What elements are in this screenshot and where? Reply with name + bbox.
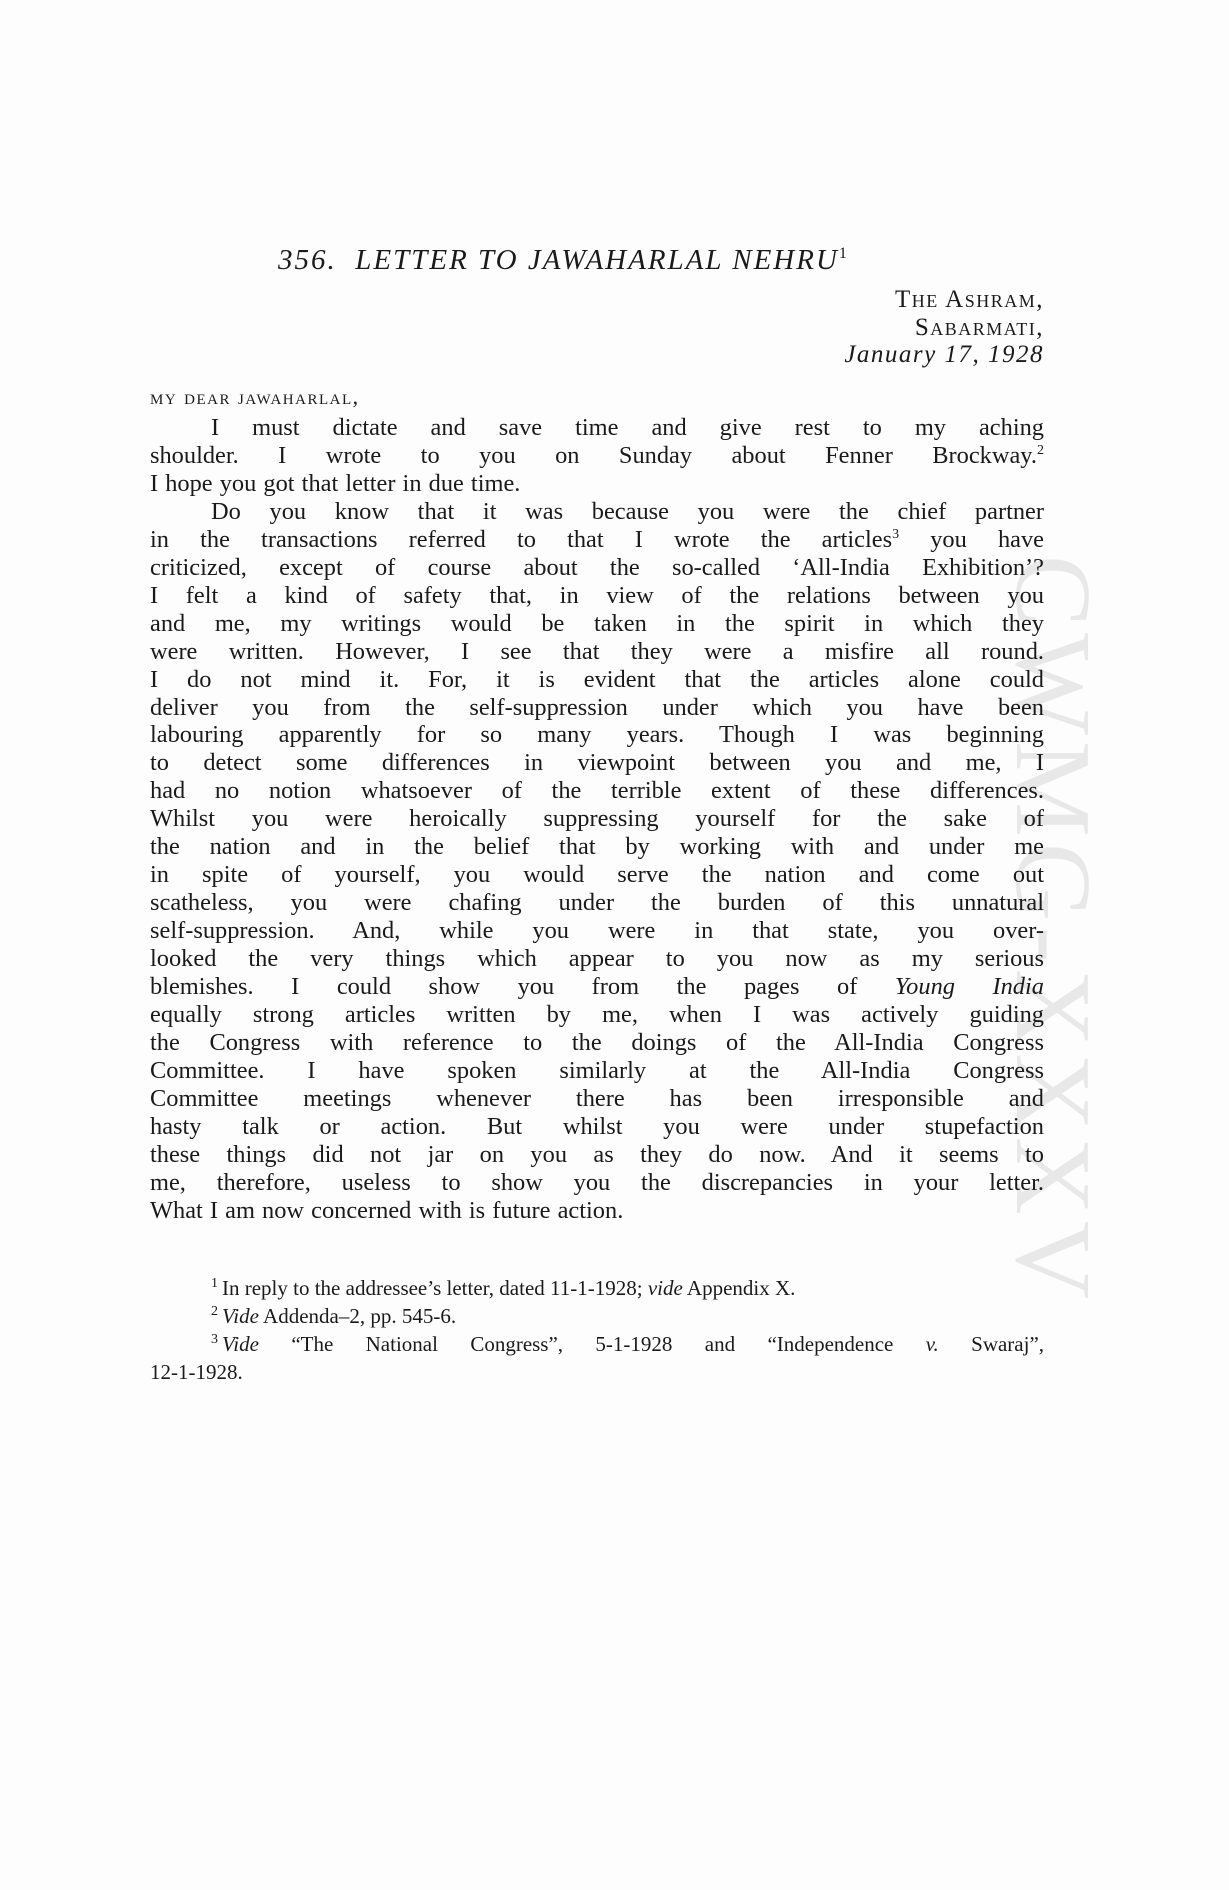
text-line: the Congress with reference to the doing…: [150, 1029, 1044, 1057]
text-line: looked the very things which appear to y…: [150, 945, 1044, 973]
text-line: Whilst you were heroically suppressing y…: [150, 805, 1044, 833]
text-line: scatheless, you were chafing under the b…: [150, 889, 1044, 917]
text-line: shoulder. I wrote to you on Sunday about…: [150, 442, 1044, 470]
text-line: the nation and in the belief that by wor…: [150, 833, 1044, 861]
text-line: equally strong articles written by me, w…: [150, 1001, 1044, 1029]
publication-title: Young India: [895, 973, 1044, 1000]
text-line: in the transactions referred to that I w…: [150, 526, 1044, 554]
sender-address: The Ashram, Sabarmati, January 17, 1928: [844, 286, 1044, 369]
text-line: I hope you got that letter in due time.: [150, 470, 1044, 498]
text-line: labouring apparently for so many years. …: [150, 721, 1044, 749]
text-line: Committee. I have spoken similarly at th…: [150, 1057, 1044, 1085]
text-line: Do you know that it was because you were…: [150, 498, 1044, 526]
text-line: and me, my writings would be taken in th…: [150, 610, 1044, 638]
text-line: had no notion whatsoever of the terrible…: [150, 777, 1044, 805]
footnote-3: 3Vide “The National Congress”, 5-1-1928 …: [150, 1330, 1044, 1386]
footnote-2: 2Vide Addenda–2, pp. 545-6.: [150, 1302, 1044, 1330]
text-line: criticized, except of course about the s…: [150, 554, 1044, 582]
footnote-ref[interactable]: 1: [839, 245, 847, 262]
text-line: I must dictate and save time and give re…: [150, 414, 1044, 442]
text-line: Committee meetings whenever there has be…: [150, 1085, 1044, 1113]
footnote-1: 1In reply to the addressee’s letter, dat…: [150, 1274, 1044, 1302]
salutation: MY DEAR JAWAHARLAL,: [150, 384, 360, 410]
page-title: 356. LETTER TO JAWAHARLAL NEHRU1: [278, 244, 847, 277]
letter-body: I must dictate and save time and give re…: [150, 414, 1044, 1225]
text-line: were written. However, I see that they w…: [150, 638, 1044, 666]
footnote-ref[interactable]: 2: [1037, 443, 1044, 458]
text-line: hasty talk or action. But whilst you wer…: [150, 1113, 1044, 1141]
text-line: I felt a kind of safety that, in view of…: [150, 582, 1044, 610]
text-line: I do not mind it. For, it is evident tha…: [150, 666, 1044, 694]
paragraph-2: Do you know that it was because you were…: [150, 498, 1044, 1225]
letter-title: LETTER TO JAWAHARLAL NEHRU: [355, 244, 839, 276]
text-line: What I am now concerned with is future a…: [150, 1197, 1044, 1225]
text-line: deliver you from the self-suppression un…: [150, 694, 1044, 722]
text-line: in spite of yourself, you would serve th…: [150, 861, 1044, 889]
text-line: blemishes. I could show you from the pag…: [150, 973, 1044, 1001]
paragraph-1: I must dictate and save time and give re…: [150, 414, 1044, 498]
letter-date: January 17, 1928: [844, 341, 1044, 369]
footnotes: 1In reply to the addressee’s letter, dat…: [150, 1274, 1044, 1386]
text-line: to detect some differences in viewpoint …: [150, 749, 1044, 777]
address-line-1: The Ashram,: [844, 286, 1044, 314]
text-line: me, therefore, useless to show you the d…: [150, 1169, 1044, 1197]
letter-number: 356.: [278, 244, 337, 276]
text-line: these things did not jar on you as they …: [150, 1141, 1044, 1169]
text-line: self-suppression. And, while you were in…: [150, 917, 1044, 945]
address-line-2: Sabarmati,: [844, 314, 1044, 342]
